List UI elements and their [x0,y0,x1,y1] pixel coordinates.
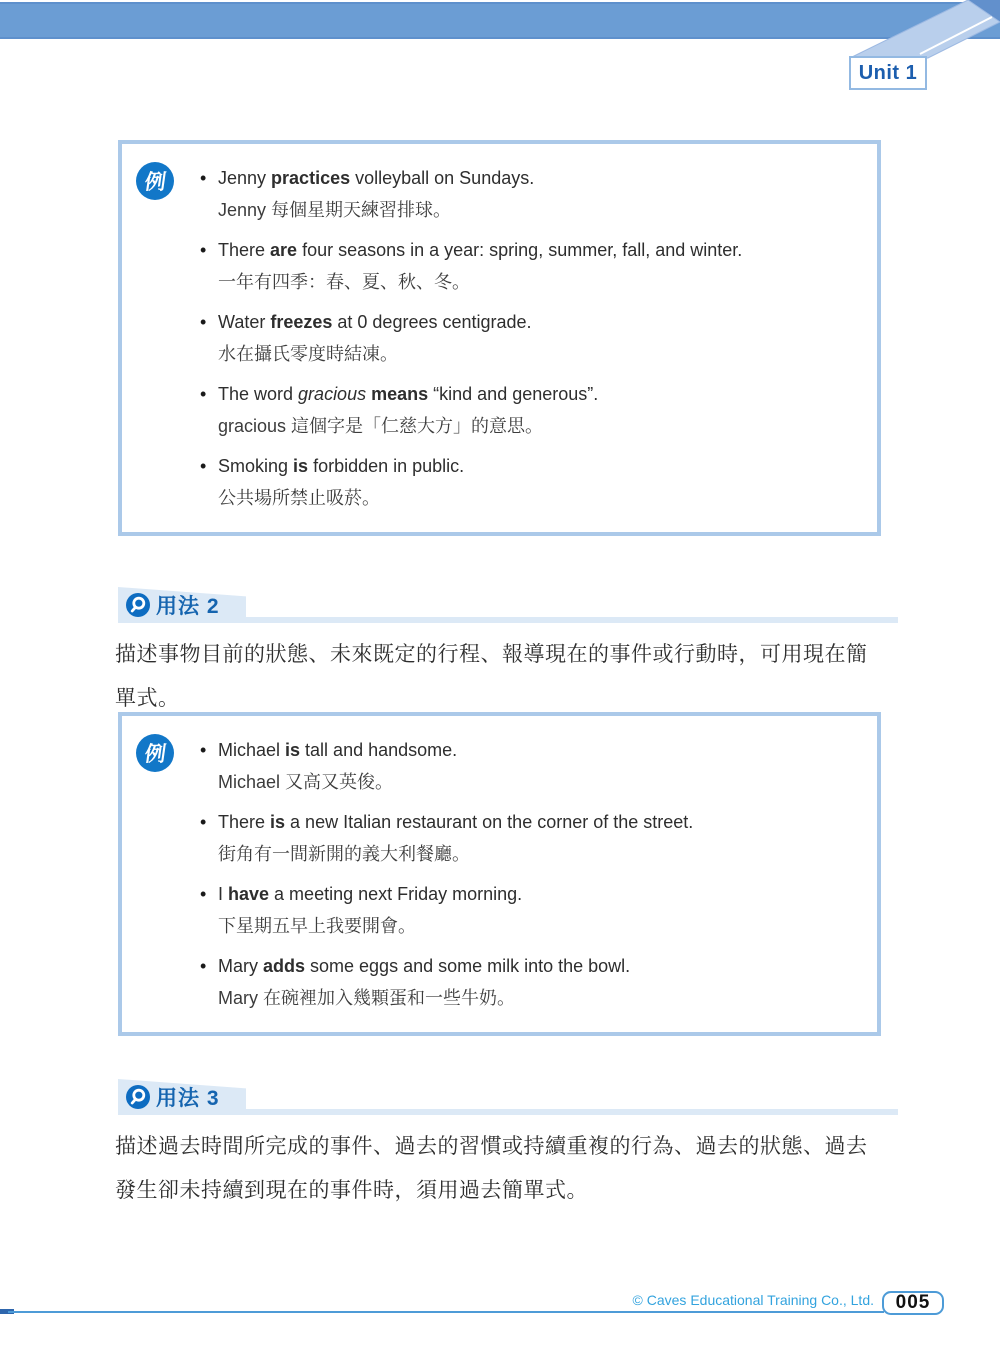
sentence-run: is [285,740,300,760]
example-english-sentence: •Jenny practices volleyball on Sundays. [200,162,861,194]
bullet-icon: • [200,306,218,338]
sentence-run: volleyball on Sundays. [350,168,534,188]
sentence-run: There [218,812,270,832]
example-item: •There is a new Italian restaurant on th… [200,806,861,870]
sentence-run: is [270,812,285,832]
sentence-run: Water [218,312,270,332]
sentence-run: practices [271,168,350,188]
example-item: •Jenny practices volleyball on Sundays.J… [200,162,861,226]
example-box-2: 例 •Michael is tall and handsome.Michael … [118,712,881,1036]
example-english-sentence: •Smoking is forbidden in public. [200,450,861,482]
example-badge-label: 例 [142,166,167,196]
page-number-badge: 005 [882,1291,944,1315]
example-badge-label: 例 [142,738,167,768]
sentence-run: means [371,384,428,404]
bullet-icon: • [200,950,218,982]
sentence-run: a new Italian restaurant on the corner o… [285,812,693,832]
example-english-sentence: •I have a meeting next Friday morning. [200,878,861,910]
footer-rule-line [8,1311,884,1313]
example-item: •Mary adds some eggs and some milk into … [200,950,861,1014]
sentence-run: “kind and generous”. [428,384,598,404]
example-english-sentence: •There is a new Italian restaurant on th… [200,806,861,838]
sentence-run: some eggs and some milk into the bowl. [305,956,630,976]
example-chinese-translation: 水在攝氏零度時結凍。 [200,338,861,370]
sentence-run: tall and handsome. [300,740,457,760]
sentence-run: have [228,884,269,904]
sentence-run: There [218,240,270,260]
sentence-run: Mary [218,956,263,976]
example-chinese-translation: Jenny 每個星期天練習排球。 [200,194,861,226]
usage-3-description: 描述過去時間所完成的事件、過去的習慣或持續重複的行為、過去的狀態、過去 發生卻未… [115,1125,905,1213]
sentence-run: a meeting next Friday morning. [269,884,522,904]
example-item: •Smoking is forbidden in public.公共場所禁止吸菸… [200,450,861,514]
example-badge-icon: 例 [136,162,174,200]
sentence-run: The word [218,384,298,404]
example-item: •I have a meeting next Friday morning.下星… [200,878,861,942]
example-chinese-translation: 一年有四季：春、夏、秋、冬。 [200,266,861,298]
sentence-run: Jenny [218,168,271,188]
example-chinese-translation: Mary 在碗裡加入幾顆蛋和一些牛奶。 [200,982,861,1014]
unit-tab: Unit 1 [849,56,927,90]
magnifier-icon [125,1084,151,1110]
unit-tab-label: Unit 1 [859,62,918,85]
textbook-page: Unit 1 例 •Jenny practices volleyball on … [0,0,1000,1357]
bullet-icon: • [200,734,218,766]
usage-2-label: 用法 2 [118,587,246,623]
bullet-icon: • [200,378,218,410]
example-chinese-translation: 公共場所禁止吸菸。 [200,482,861,514]
usage-2-description: 描述事物目前的狀態、未來既定的行程、報導現在的事件或行動時，可用現在簡 單式。 [115,633,905,721]
example-item: •The word gracious means “kind and gener… [200,378,861,442]
example-item: •Michael is tall and handsome.Michael 又高… [200,734,861,798]
sentence-run: adds [263,956,305,976]
bullet-icon: • [200,450,218,482]
sentence-run: Michael [218,740,285,760]
example-badge-icon: 例 [136,734,174,772]
usage-2-header: 用法 2 [118,587,898,623]
example-item: •Water freezes at 0 degrees centigrade.水… [200,306,861,370]
example-english-sentence: •There are four seasons in a year: sprin… [200,234,861,266]
description-line: 發生卻未持續到現在的事件時，須用過去簡單式。 [115,1169,905,1213]
example-chinese-translation: Michael 又高又英俊。 [200,766,861,798]
usage-3-label: 用法 3 [118,1079,246,1115]
magnifier-icon [125,592,151,618]
sentence-run: freezes [270,312,332,332]
usage-3-header: 用法 3 [118,1079,898,1115]
example-chinese-translation: 街角有一間新開的義大利餐廳。 [200,838,861,870]
example-item: •There are four seasons in a year: sprin… [200,234,861,298]
sentence-run: at 0 degrees centigrade. [332,312,531,332]
example-box-1: 例 •Jenny practices volleyball on Sundays… [118,140,881,536]
example-english-sentence: •Mary adds some eggs and some milk into … [200,950,861,982]
example-chinese-translation: gracious 這個字是「仁慈大方」的意思。 [200,410,861,442]
sentence-run: are [270,240,297,260]
example-english-sentence: •Water freezes at 0 degrees centigrade. [200,306,861,338]
sentence-run: gracious [298,384,366,404]
page-number: 005 [896,1292,931,1314]
bullet-icon: • [200,162,218,194]
sentence-run: I [218,884,228,904]
copyright-text: © Caves Educational Training Co., Ltd. [0,1292,874,1308]
sentence-run: forbidden in public. [308,456,464,476]
bullet-icon: • [200,806,218,838]
bullet-icon: • [200,878,218,910]
description-line: 描述過去時間所完成的事件、過去的習慣或持續重複的行為、過去的狀態、過去 [115,1125,905,1169]
example-english-sentence: •Michael is tall and handsome. [200,734,861,766]
usage-3-label-text: 用法 3 [156,1082,220,1112]
sentence-run: Smoking [218,456,293,476]
bullet-icon: • [200,234,218,266]
sentence-run: is [293,456,308,476]
usage-2-label-text: 用法 2 [156,590,220,620]
description-line: 描述事物目前的狀態、未來既定的行程、報導現在的事件或行動時，可用現在簡 [115,633,905,677]
sentence-run: four seasons in a year: spring, summer, … [297,240,742,260]
example-chinese-translation: 下星期五早上我要開會。 [200,910,861,942]
example-english-sentence: •The word gracious means “kind and gener… [200,378,861,410]
